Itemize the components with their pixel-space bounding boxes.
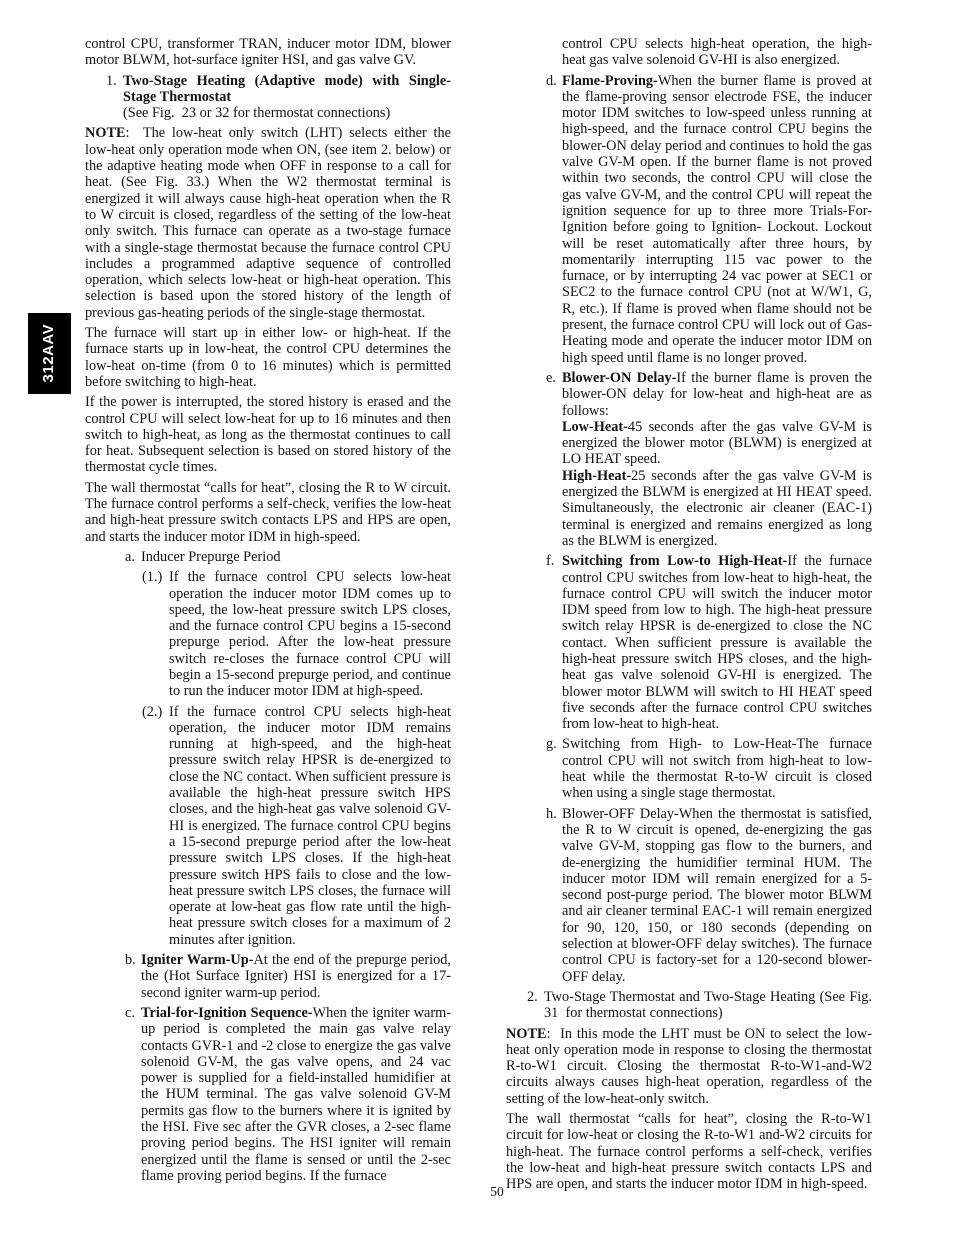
left-column: control CPU, transformer TRAN, inducer m… [85,36,451,1188]
list-item-e: e. Blower-ON Delay-If the burner flame i… [506,370,872,419]
paragraph-continuation: control CPU selects high-heat operation,… [506,36,872,69]
item-1-subtitle: (See Fig. 23 or 32 for thermostat connec… [123,105,390,121]
paragraph-intro: control CPU, transformer TRAN, inducer m… [85,36,451,69]
list-item-2: 2. Two-Stage Thermostat and Two-Stage He… [506,989,872,1022]
item-f-text: If the furnace control CPU switches from… [562,553,872,732]
item-h-text: Blower-OFF Delay-When the thermostat is … [562,806,872,985]
list-item-f: f. Switching from Low-to High-Heat-If th… [506,553,872,732]
list-item-1: 1. Two-Stage Heating (Adaptive mode) wit… [85,73,451,122]
note-label: NOTE [85,125,126,141]
list-item-c: c. Trial-for-Ignition Sequence-When the … [85,1005,451,1184]
paragraph-low-heat: Low-Heat-45 seconds after the gas valve … [506,419,872,468]
page-number: 50 [490,1184,504,1200]
list-item-a: a. Inducer Prepurge Period [85,549,451,565]
list-item-g: g. Switching from High- to Low-Heat-The … [506,736,872,801]
item-d-lead: Flame-Proving- [562,73,658,89]
paragraph-wall-thermostat: The wall thermostat “calls for heat”, cl… [85,480,451,545]
list-marker: c. [125,1005,135,1021]
note-text: : In this mode the LHT must be ON to sel… [506,1026,872,1107]
list-marker: g. [546,736,557,752]
paragraph-final: The wall thermostat “calls for heat”, cl… [506,1111,872,1192]
item-a1-text: If the furnace control CPU selects low-h… [169,569,451,699]
item-c-lead: Trial-for-Ignition Sequence- [141,1005,313,1021]
list-item-a2: (2.) If the furnace control CPU selects … [85,704,451,948]
side-tab-label: 312AAV [41,324,57,383]
item-1-title: Two-Stage Heating (Adaptive mode) with S… [123,73,451,105]
note-paragraph-2: NOTE: In this mode the LHT must be ON to… [506,1026,872,1107]
note-label: NOTE [506,1026,547,1042]
paragraph-startup: The furnace will start up in either low-… [85,325,451,390]
list-marker: e. [546,370,556,386]
side-tab-312aav: 312AAV [28,313,71,394]
high-heat-lead: High-Heat- [562,468,631,484]
list-marker: 1. [106,73,117,89]
paragraph-power-interrupted: If the power is interrupted, the stored … [85,394,451,475]
list-item-a1: (1.) If the furnace control CPU selects … [85,569,451,699]
right-column: control CPU selects high-heat operation,… [506,36,872,1196]
item-f-lead: Switching from Low-to High-Heat- [562,553,787,569]
list-marker: 2. [527,989,538,1005]
item-e-lead: Blower-ON Delay- [562,370,676,386]
list-item-h: h. Blower-OFF Delay-When the thermostat … [506,806,872,985]
note-text: : The low-heat only switch (LHT) selects… [85,125,451,320]
item-g-text: Switching from High- to Low-Heat-The fur… [562,736,872,801]
list-marker: b. [125,952,136,968]
item-a-text: Inducer Prepurge Period [141,549,281,565]
note-paragraph-1: NOTE: The low-heat only switch (LHT) sel… [85,125,451,321]
list-marker: (2.) [142,704,162,720]
list-item-b: b. Igniter Warm-Up-At the end of the pre… [85,952,451,1001]
item-d-text: When the burner flame is proved at the f… [562,73,872,366]
list-marker: d. [546,73,557,89]
item-c-text: When the igniter warm-up period is compl… [141,1005,451,1184]
item-2-text: Two-Stage Thermostat and Two-Stage Heati… [544,989,872,1021]
item-b-lead: Igniter Warm-Up- [141,952,253,968]
list-marker: (1.) [142,569,162,585]
list-marker: h. [546,806,557,822]
list-marker: f. [546,553,554,569]
paragraph-high-heat: High-Heat-25 seconds after the gas valve… [506,468,872,549]
document-page: 312AAV control CPU, transformer TRAN, in… [0,0,954,1235]
item-a2-text: If the furnace control CPU selects high-… [169,704,451,948]
low-heat-lead: Low-Heat- [562,419,628,435]
list-marker: a. [125,549,135,565]
list-item-d: d. Flame-Proving-When the burner flame i… [506,73,872,366]
